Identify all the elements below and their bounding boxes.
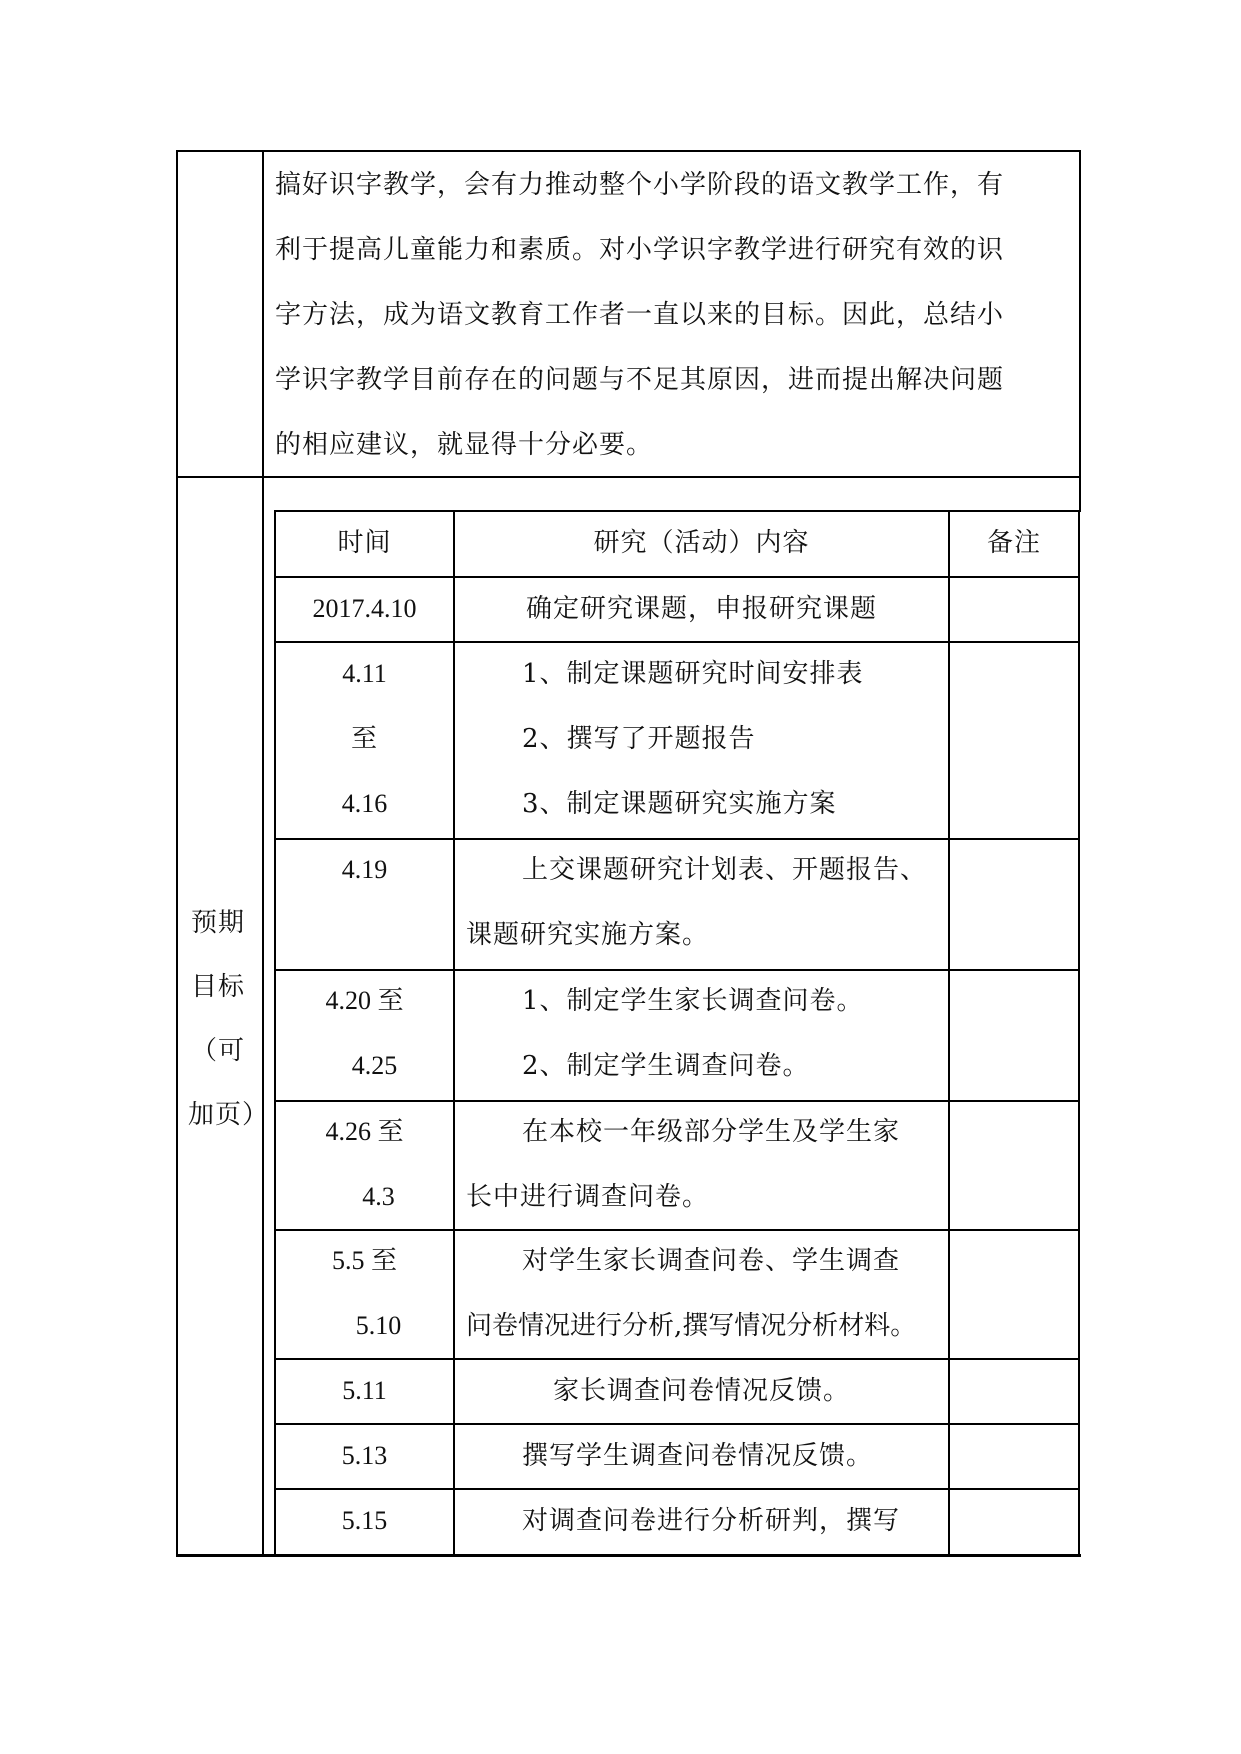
row-time: 5.5 至 [276, 1246, 453, 1276]
row-content: 家长调查问卷情况反馈。 [455, 1376, 948, 1406]
outer-border-bottom [176, 1554, 1081, 1557]
label-line-1: 预期 [191, 908, 245, 938]
row-content: 问卷情况进行分析,撰写情况分析材料。 [466, 1311, 916, 1341]
outer-border-top [176, 150, 1081, 152]
row-content: 对学生家长调查问卷、学生调查 [522, 1246, 900, 1276]
row-divider [274, 1358, 1080, 1360]
row-content: 1、制定学生家长调查问卷。 [522, 986, 864, 1016]
inner-col-divider-2 [948, 510, 950, 1556]
inner-border-top [274, 510, 1080, 512]
row-content: 对调查问卷进行分析研判，撰写 [522, 1506, 900, 1536]
row-divider [274, 1229, 1080, 1231]
intro-line-5: 的相应建议，就显得十分必要。 [275, 430, 653, 460]
row-content: 3、制定课题研究实施方案 [522, 789, 837, 819]
label-line-2: 目标 [191, 972, 245, 1002]
row-content: 上交课题研究计划表、开题报告、 [522, 855, 927, 885]
row-content: 确定研究课题，申报研究课题 [455, 594, 948, 624]
row-divider [274, 576, 1080, 578]
outer-row-divider [176, 476, 1081, 478]
header-content: 研究（活动）内容 [455, 528, 948, 558]
row-time: 4.3 [290, 1182, 467, 1212]
intro-line-1: 搞好识字教学，会有力推动整个小学阶段的语文教学工作，有 [275, 170, 1004, 200]
row-time: 2017.4.10 [276, 594, 453, 624]
row-time: 5.13 [276, 1441, 453, 1471]
row-divider [274, 838, 1080, 840]
outer-border-right [1079, 150, 1081, 512]
row-content: 课题研究实施方案。 [466, 920, 709, 950]
row-content: 2、制定学生调查问卷。 [522, 1051, 810, 1081]
row-time: 4.25 [286, 1051, 463, 1081]
row-time: 4.20 至 [276, 986, 453, 1016]
row-divider [274, 969, 1080, 971]
row-time: 4.11 [276, 659, 453, 689]
header-time: 时间 [276, 528, 453, 558]
intro-line-3: 字方法，成为语文教育工作者一直以来的目标。因此，总结小 [275, 300, 1004, 330]
label-line-4: 加页） [188, 1100, 269, 1130]
row-time: 5.15 [276, 1506, 453, 1536]
intro-line-2: 利于提高儿童能力和素质。对小学识字教学进行研究有效的识 [275, 235, 1004, 265]
row-content: 长中进行调查问卷。 [466, 1182, 709, 1212]
row-divider [274, 1488, 1080, 1490]
row-content: 在本校一年级部分学生及学生家 [522, 1117, 900, 1147]
intro-line-4: 学识字教学目前存在的问题与不足其原因，进而提出解决问题 [275, 365, 1004, 395]
row-time: 4.16 [276, 789, 453, 819]
row-time: 5.10 [290, 1311, 467, 1341]
header-notes: 备注 [950, 528, 1078, 558]
inner-border-right [1078, 510, 1080, 1556]
row-time: 4.26 至 [276, 1117, 453, 1147]
row-content: 撰写学生调查问卷情况反馈。 [522, 1441, 873, 1471]
row-divider [274, 1423, 1080, 1425]
row-divider [274, 1100, 1080, 1102]
label-line-3: （可 [191, 1036, 245, 1066]
outer-column-divider [262, 150, 264, 1556]
row-time: 4.19 [276, 855, 453, 885]
row-time: 5.11 [276, 1376, 453, 1406]
row-time: 至 [276, 724, 453, 754]
outer-border-left [176, 150, 178, 1556]
row-content: 1、制定课题研究时间安排表 [522, 659, 864, 689]
row-content: 2、撰写了开题报告 [522, 724, 756, 754]
row-divider [274, 641, 1080, 643]
